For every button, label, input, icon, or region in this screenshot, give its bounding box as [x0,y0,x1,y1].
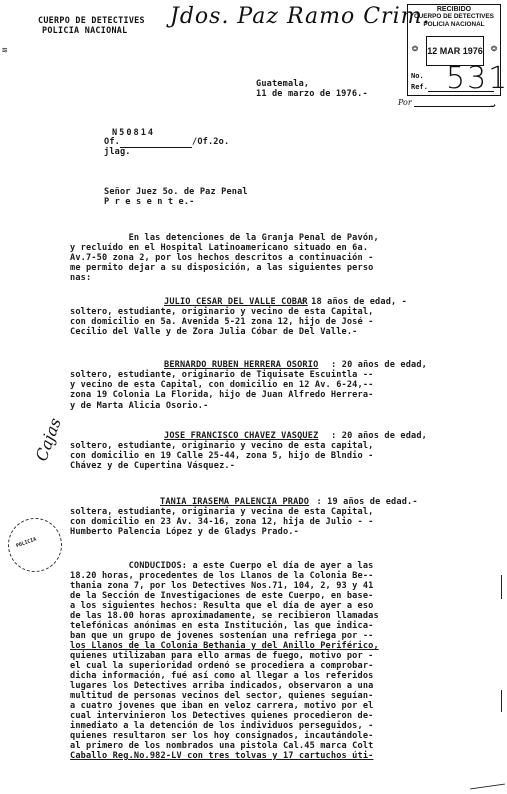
margin-signature: Cajas [32,415,65,463]
body-line: inmediato a la detención de los individu… [70,721,373,731]
emblem-icon: ❂ [491,43,497,54]
office-underline [120,147,192,148]
body-line: 18.20 horas, procedentes de los Llanos d… [70,571,373,581]
person-detail: : 20 años de edad, [230,431,427,441]
person-detail: y de Marta Alicia Osorio.- [70,401,208,411]
arrow-right-icon: ➝ [490,101,496,112]
body-line: a los siguientes hechos: Resulta que el … [70,601,373,611]
person-detail: : 19 años de edad.- [226,497,418,507]
intro-line: En las detenciones de la Granja Penal de… [70,233,379,243]
stamp-ref-label: Ref. [411,83,428,91]
received-stamp: RECIBIDO CUERPO DE DETECTIVES POLICIA NA… [407,4,501,96]
letterhead-line-1: CUERPO DE DETECTIVES [38,15,145,25]
addressee-line-2: P r e s e n t e.- [104,197,195,207]
intro-line: nas: [70,273,91,283]
handwritten-signature: Jdos. Paz Ramo Crim. [170,4,430,29]
body-line: telefónicas anónimas en esta Institución… [70,621,373,631]
person-detail: Cecilio del Valle y de Zora Julia Cóbar … [70,327,358,337]
person-detail: soltero, estudiante, originario de Tiqui… [70,370,373,380]
body-line: ban que un grupo de jovenes sostenían un… [70,631,373,641]
margin-mark [501,575,502,599]
body-line: lugares los Detectives arriba indicados,… [70,681,373,691]
body-line: quienes utilizaban para ello armas de fu… [70,651,373,661]
person-detail: con domicilio en 19 Calle 25-44, zona 5,… [70,451,373,461]
place-date: 11 de marzo de 1976.- [256,89,368,99]
body-line: multitud de personas vecinos del sector,… [70,691,373,701]
addressee-line-1: Señor Juez 5o. de Paz Penal [104,187,248,197]
body-line: de las 18.00 horas aproximadamente, se r… [70,611,379,621]
person-detail: : 20 años de edad, [230,360,427,370]
person-detail: soltero, estudiante, originario y vecino… [70,307,373,317]
margin-mark [470,784,505,790]
person-detail: : 18 años de edad, - [210,297,407,307]
body-line: Caballo Reg.No.982-LV con tres tolvas y … [70,751,373,761]
intro-line: me permito dejar a su disposición, a las… [70,263,373,273]
arrow-line [414,106,494,107]
office-suffix: /Of.2o. [192,137,229,147]
divider [428,91,494,92]
stamp-no-label: No. [411,72,424,80]
body-line: al primero de los nombrados una pistola … [70,741,373,751]
body-line: el cual la superioridad ordenó se proced… [70,661,373,671]
person-detail: Chávez y de Cupertina Vásquez.- [70,461,235,471]
body-line: quienes resultaron ser los hoy consignad… [70,731,373,741]
body-line: dicha información, fué así como al llega… [70,671,373,681]
person-detail: zona 19 Colonia La Florida, hijo de Juan… [70,390,373,400]
emblem-icon: ❂ [412,43,418,54]
place-city: Guatemala, [256,79,309,89]
stamp-org-line-2: POLICIA NACIONAL [408,21,500,28]
person-detail: con domicilio en 23 Av. 34-16, zona 12, … [70,517,373,527]
initials: jlag. [104,147,131,157]
person-detail: soltero, estudiante, originario y vecino… [70,441,373,451]
seal-text: POLICIA [15,536,37,549]
letterhead-line-2: POLICIA NACIONAL [42,25,127,35]
stamp-org-line-1: CUERPO DE DETECTIVES [408,13,500,20]
body-line: cual intervinieron los Detectives quiene… [70,711,373,721]
body-line: thania zona 7, por los Detectives Nos.71… [70,581,373,591]
margin-mark [501,690,502,712]
body-line: CONDUCIDOS: a este Cuerpo el día de ayer… [70,561,373,571]
person-detail: soltera, estudiante, originaria y vecina… [70,507,373,517]
intro-line: Av.7-50 zona 2, por los hechos descritos… [70,253,373,263]
body-line: los Llanos de la Colonia Bethania y del … [70,641,379,651]
body-line: de la Sección de Investigaciones de este… [70,591,373,601]
person-detail: y vecino de esta Capital, con domicilio … [70,380,373,390]
person-detail: Humberto Palencia López y de Gladys Prad… [70,527,299,537]
office-label: Of. [104,137,120,147]
person-detail: con domicilio en 5a. Avenida 5-21 zona 1… [70,317,373,327]
circular-seal: POLICIA [0,510,69,579]
body-line: a cuatro jovenes que iban en veloz carre… [70,701,373,711]
stamp-title: RECIBIDO [408,6,500,13]
intro-line: y recluído en el Hospital Latinoamerican… [70,243,368,253]
por-label: Por [398,98,412,107]
corner-mark: ≋ [2,46,7,56]
